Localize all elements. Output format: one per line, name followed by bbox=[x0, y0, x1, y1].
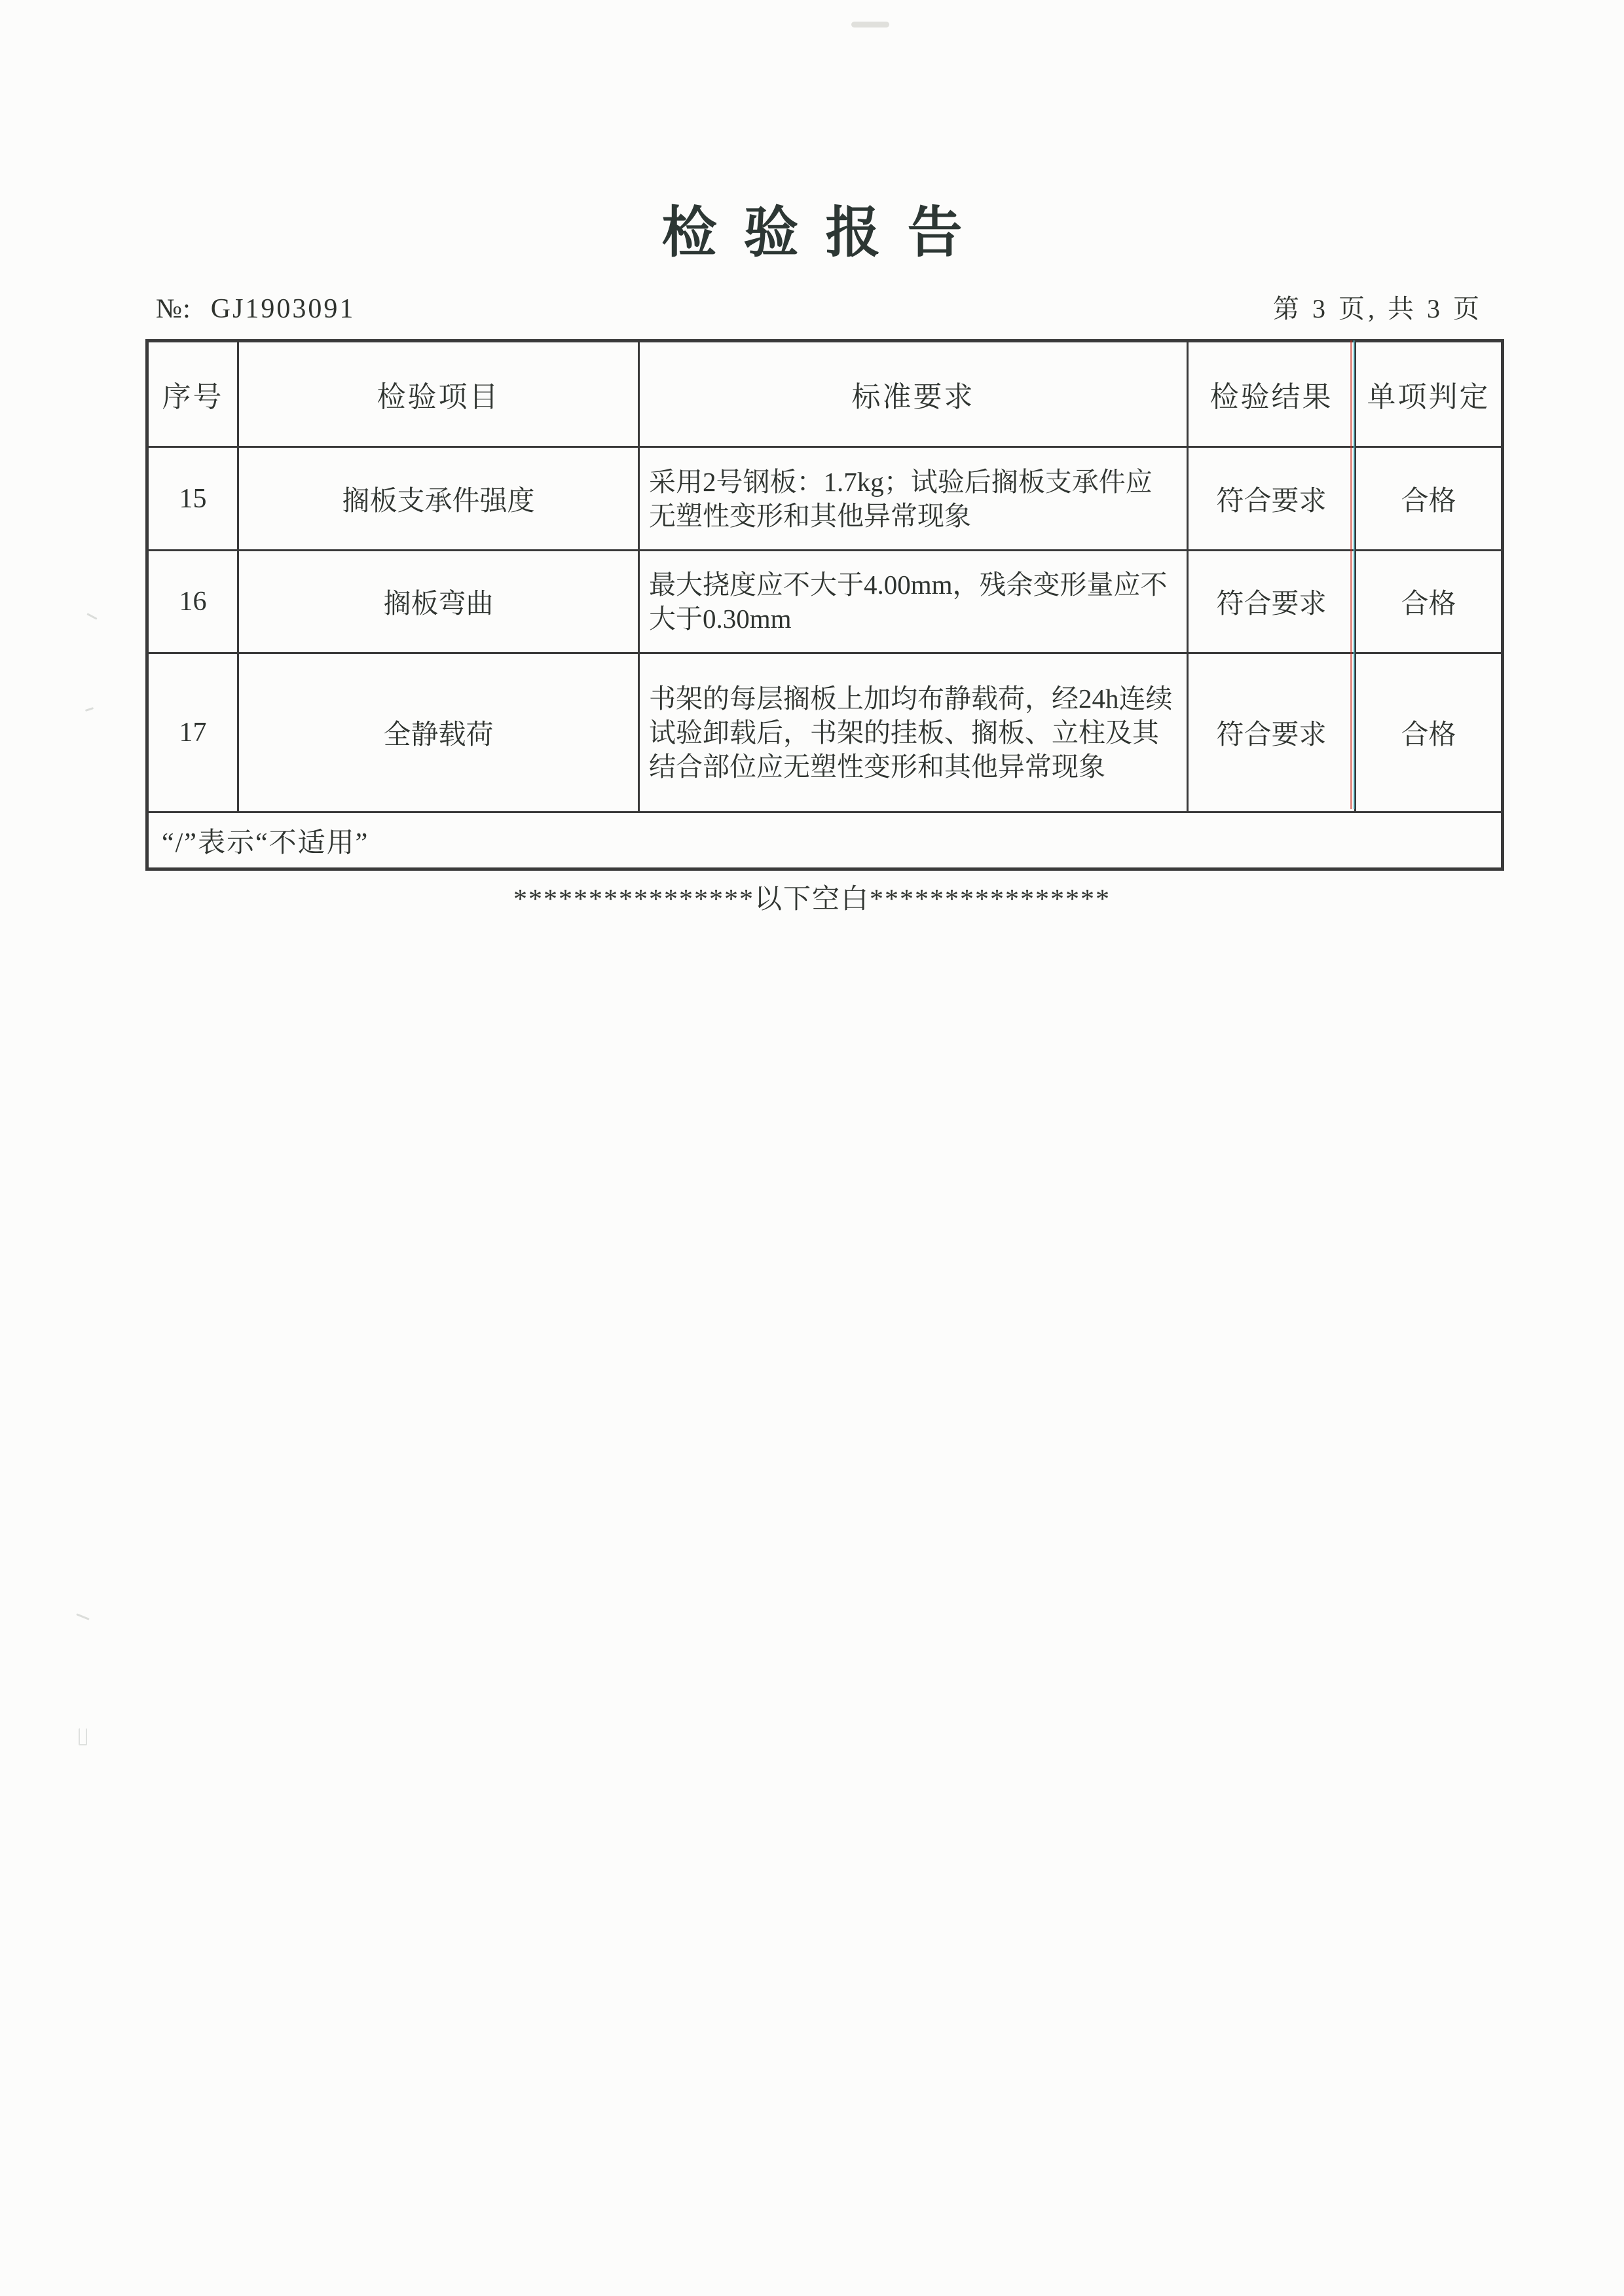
cell-result: 符合要求 bbox=[1188, 447, 1356, 551]
page-title: 检 验 报 告 bbox=[0, 189, 1624, 268]
scan-artifact-red-line bbox=[1350, 340, 1352, 809]
table-row: 16 搁板弯曲 最大挠度应不大于4.00mm，残余变形量应不大于0.30mm 符… bbox=[147, 551, 1503, 653]
cell-result: 符合要求 bbox=[1188, 551, 1356, 653]
cell-judgment: 合格 bbox=[1356, 447, 1503, 551]
table-row: 15 搁板支承件强度 采用2号钢板：1.7kg；试验后搁板支承件应无塑性变形和其… bbox=[147, 447, 1503, 551]
column-header-no: 序号 bbox=[147, 341, 238, 447]
blank-notice: ****************以下空白**************** bbox=[0, 877, 1624, 917]
column-header-judgment: 单项判定 bbox=[1356, 341, 1503, 447]
cell-result: 符合要求 bbox=[1188, 653, 1356, 812]
report-number: №:GJ1903091 bbox=[156, 293, 355, 325]
scan-artifact bbox=[86, 613, 97, 620]
cell-judgment: 合格 bbox=[1356, 653, 1503, 812]
column-header-requirement: 标准要求 bbox=[639, 341, 1188, 447]
scan-artifact bbox=[85, 707, 94, 712]
scan-artifact bbox=[79, 1728, 87, 1745]
scan-artifact-cyan-line bbox=[1353, 340, 1355, 809]
table-footnote-row: “/”表示“不适用” bbox=[147, 812, 1503, 869]
cell-requirement: 最大挠度应不大于4.00mm，残余变形量应不大于0.30mm bbox=[639, 551, 1188, 653]
report-meta: №:GJ1903091 第 3 页, 共 3 页 bbox=[156, 288, 1483, 325]
cell-judgment: 合格 bbox=[1356, 551, 1503, 653]
cell-requirement: 书架的每层搁板上加均布静载荷，经24h连续试验卸载后，书架的挂板、搁板、立柱及其… bbox=[639, 653, 1188, 812]
scan-artifact bbox=[851, 22, 889, 27]
cell-item: 全静载荷 bbox=[238, 653, 639, 812]
table-row: 17 全静载荷 书架的每层搁板上加均布静载荷，经24h连续试验卸载后，书架的挂板… bbox=[147, 653, 1503, 812]
cell-no: 15 bbox=[147, 447, 238, 551]
table-footnote: “/”表示“不适用” bbox=[147, 812, 1503, 869]
cell-requirement: 采用2号钢板：1.7kg；试验后搁板支承件应无塑性变形和其他异常现象 bbox=[639, 447, 1188, 551]
cell-no: 17 bbox=[147, 653, 238, 812]
report-number-value: GJ1903091 bbox=[211, 294, 356, 324]
scan-artifact bbox=[76, 1613, 90, 1620]
cell-item: 搁板支承件强度 bbox=[238, 447, 639, 551]
page-indicator: 第 3 页, 共 3 页 bbox=[1273, 288, 1483, 325]
report-number-label: №: bbox=[156, 294, 191, 324]
inspection-report-page: 检 验 报 告 №:GJ1903091 第 3 页, 共 3 页 序号 检验项目… bbox=[0, 0, 1624, 2296]
table-header-row: 序号 检验项目 标准要求 检验结果 单项判定 bbox=[147, 341, 1503, 447]
cell-item: 搁板弯曲 bbox=[238, 551, 639, 653]
cell-no: 16 bbox=[147, 551, 238, 653]
inspection-table: 序号 检验项目 标准要求 检验结果 单项判定 15 搁板支承件强度 采用2号钢板… bbox=[145, 339, 1504, 871]
column-header-item: 检验项目 bbox=[238, 341, 639, 447]
column-header-result: 检验结果 bbox=[1188, 341, 1356, 447]
